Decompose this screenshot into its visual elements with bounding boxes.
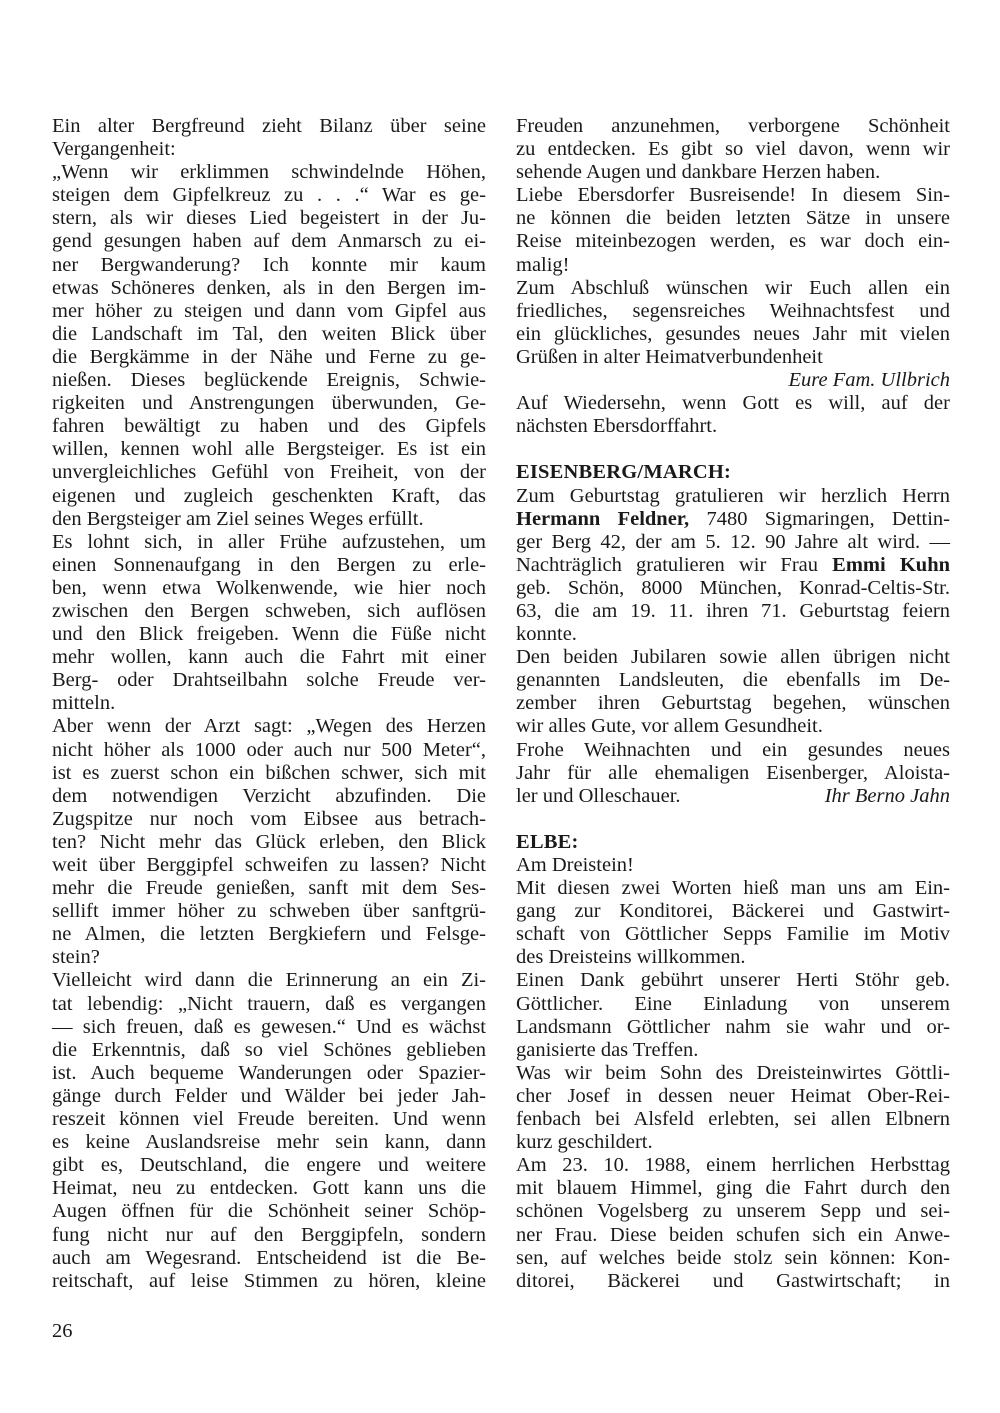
text-line: nießen. Dieses beglückende Ereignis, Sch… (52, 369, 486, 392)
text-line: Mit diesen zwei Worten hieß man uns am E… (516, 877, 950, 900)
text-line: genannten Landsleuten, die ebenfalls im … (516, 669, 950, 692)
text-line: und den Blick freigeben. Wenn die Füße n… (52, 623, 486, 646)
text-line: Frohe Weihnachten und ein gesundes neues (516, 739, 950, 762)
text-line: friedliches, segensreiches Weihnachtsfes… (516, 300, 950, 323)
section-spacer (516, 438, 950, 461)
text-line: wir alles Gute, vor allem Gesundheit. (516, 715, 950, 738)
text-line: sellift immer höher zu schweben über san… (52, 900, 486, 923)
section-eisenberg-march: EISENBERG/MARCH: Zum Geburtstag gratulie… (516, 461, 950, 807)
text-line: Vielleicht wird dann die Erinnerung an e… (52, 969, 486, 992)
text-line: ten? Nicht mehr das Glück erleben, den B… (52, 831, 486, 854)
text-line: 63, die am 19. 11. ihren 71. Geburtstag … (516, 600, 950, 623)
text-line: zu entdecken. Es gibt so viel davon, wen… (516, 138, 950, 161)
text-line: die Landschaft im Tal, den weiten Blick … (52, 323, 486, 346)
text-line: weit über Berggipfel schweifen zu lassen… (52, 854, 486, 877)
text-line: Einen Dank gebührt unserer Herti Stöhr g… (516, 969, 950, 992)
right-column: Freuden anzunehmen, verborgene Schönheit… (516, 115, 950, 1293)
text-line: Aber wenn der Arzt sagt: „Wegen des Herz… (52, 715, 486, 738)
paragraph-closing: Zum Abschluß wünschen wir Euch allen ein… (516, 277, 950, 392)
text-line: Liebe Ebersdorfer Busreisende! In diesem… (516, 184, 950, 207)
text-line: reitschaft, auf leise Stimmen zu hören, … (52, 1270, 486, 1293)
text-fragment: ler und Olleschauer. (516, 785, 681, 808)
text-line: steigen dem Gipfelkreuz zu . . .“ War es… (52, 184, 486, 207)
text-line: Augen öffnen für die Schönheit seiner Sc… (52, 1200, 486, 1223)
text-line: nächsten Ebersdorffahrt. (516, 415, 950, 438)
text-line: Zugspitze nur noch vom Eibsee aus betrac… (52, 808, 486, 831)
text-line: Reise miteinbezogen werden, es war doch … (516, 230, 950, 253)
text-line: fenbach bei Alsfeld erlebten, sei allen … (516, 1108, 950, 1131)
text-line: Den beiden Jubilaren sowie allen übrigen… (516, 646, 950, 669)
text-line: Landsmann Göttlicher nahm sie wahr und o… (516, 1016, 950, 1039)
text-line: mehr die Freude genießen, sanft mit dem … (52, 877, 486, 900)
text-line: gibt es, Deutschland, die engere und wei… (52, 1154, 486, 1177)
text-line: rigkeiten und Anstrengungen überwunden, … (52, 392, 486, 415)
text-line: mehr wollen, kann auch die Fahrt mit ein… (52, 646, 486, 669)
text-line: malig! (516, 254, 950, 277)
text-line: — sich freuen, daß es gewesen.“ Und es w… (52, 1016, 486, 1039)
document-page: Ein alter Bergfreund zieht Bilanz über s… (0, 0, 1000, 1413)
text-line: konnte. (516, 623, 950, 646)
text-line: Es lohnt sich, in aller Frühe aufzustehe… (52, 531, 486, 554)
section-heading: ELBE: (516, 831, 950, 854)
text-line: fung nicht nur auf den Berggipfeln, sond… (52, 1224, 486, 1247)
text-line: Grüßen in alter Heimatverbundenheit (516, 346, 950, 369)
text-line: zwischen den Bergen schweben, sich auflö… (52, 600, 486, 623)
text-line: cher Josef in dessen neuer Heimat Ober-R… (516, 1085, 950, 1108)
text-line: ne Almen, die letzten Bergkiefern und Fe… (52, 923, 486, 946)
text-line: fahren bewältigt zu haben und des Gipfel… (52, 415, 486, 438)
text-line: ler und Olleschauer. Ihr Berno Jahn (516, 785, 950, 808)
text-line: es keine Auslandsreise mehr sein kann, d… (52, 1131, 486, 1154)
text-line: gänge durch Felder und Wälder bei jeder … (52, 1085, 486, 1108)
paragraph-song: „Wenn wir erklimmen schwindelnde Höhen, … (52, 161, 486, 531)
text-line: stein? (52, 946, 486, 969)
paragraph-memory: Vielleicht wird dann die Erinnerung an e… (52, 969, 486, 1292)
text-line: die Bergkämme in der Nähe und Ferne zu g… (52, 346, 486, 369)
text-line: auch am Wegesrand. Entscheidend ist die … (52, 1247, 486, 1270)
text-line: zember ihren Geburtstag begehen, wünsche… (516, 692, 950, 715)
text-line: Freuden anzunehmen, verborgene Schönheit (516, 115, 950, 138)
text-line: schaft von Göttlicher Sepps Familie im M… (516, 923, 950, 946)
section-subtitle: Am Dreistein! (516, 854, 950, 877)
text-line: ger Berg 42, der am 5. 12. 90 Jahre alt … (516, 531, 950, 554)
text-line: Hermann Feldner, 7480 Sigmaringen, Detti… (516, 508, 950, 531)
paragraph-doctor: Aber wenn der Arzt sagt: „Wegen des Herz… (52, 715, 486, 969)
text-line: ner Bergwanderung? Ich konnte mir kaum (52, 254, 486, 277)
paragraph-bus-travelers: Liebe Ebersdorfer Busreisende! In diesem… (516, 184, 950, 276)
text-line: Jahr für alle ehemaligen Eisenberger, Al… (516, 762, 950, 785)
signature-ullbrich: Eure Fam. Ullbrich (516, 369, 950, 392)
text-line: Vergangenheit: (52, 138, 486, 161)
text-line: nicht höher als 1000 oder auch nur 500 M… (52, 739, 486, 762)
text-line: Heimat, neu zu entdecken. Gott kann uns … (52, 1177, 486, 1200)
text-line: Am 23. 10. 1988, einem herrlichen Herbst… (516, 1154, 950, 1177)
text-line: reszeit können viel Freude bereiten. Und… (52, 1108, 486, 1131)
section-spacer (516, 808, 950, 831)
text-line: Göttlicher. Eine Einladung von unserem (516, 993, 950, 1016)
text-line: Auf Wiedersehn, wenn Gott es will, auf d… (516, 392, 950, 415)
left-column: Ein alter Bergfreund zieht Bilanz über s… (52, 115, 486, 1293)
text-line: Ein alter Bergfreund zieht Bilanz über s… (52, 115, 486, 138)
text-line: den Bergsteiger am Ziel seines Weges erf… (52, 508, 486, 531)
signature-berno-jahn: Ihr Berno Jahn (825, 785, 950, 808)
text-line: des Dreisteins willkommen. (516, 946, 950, 969)
text-line: gang zur Konditorei, Bäckerei und Gastwi… (516, 900, 950, 923)
section-heading: EISENBERG/MARCH: (516, 461, 950, 484)
text-line: mitteln. (52, 692, 486, 715)
text-line: gend gesungen haben auf dem Anmarsch zu … (52, 230, 486, 253)
text-line: stern, als wir dieses Lied begeistert in… (52, 207, 486, 230)
text-line: Zum Geburtstag gratulieren wir herzlich … (516, 485, 950, 508)
text-line: einen Sonnenaufgang in den Bergen zu erl… (52, 554, 486, 577)
text-line: schönen Vogelsberg zu unserem Sepp und s… (516, 1200, 950, 1223)
text-line: etwas Schöneres denken, als in den Berge… (52, 277, 486, 300)
text-line: ist. Auch bequeme Wanderungen oder Spazi… (52, 1062, 486, 1085)
text-line: sen, auf welches beide stolz sein können… (516, 1247, 950, 1270)
text-line: „Wenn wir erklimmen schwindelnde Höhen, (52, 161, 486, 184)
text-line: ner Frau. Diese beiden schufen sich ein … (516, 1224, 950, 1247)
text-fragment: 7480 Sigmaringen, Dettin- (689, 508, 950, 530)
text-fragment: Nachträglich gratulieren wir Frau (516, 554, 832, 576)
text-line: ganisierte das Treffen. (516, 1039, 950, 1062)
paragraph-farewell: Auf Wiedersehn, wenn Gott es will, auf d… (516, 392, 950, 438)
text-line: die Erkenntnis, daß so viel Schönes gebl… (52, 1039, 486, 1062)
paragraph-sunrise: Es lohnt sich, in aller Frühe aufzustehe… (52, 531, 486, 716)
text-line: Zum Abschluß wünschen wir Euch allen ein (516, 277, 950, 300)
text-line: unvergleichliches Gefühl von Freiheit, v… (52, 461, 486, 484)
text-line: Berg- oder Drahtseilbahn solche Freude v… (52, 669, 486, 692)
text-line: Was wir beim Sohn des Dreisteinwirtes Gö… (516, 1062, 950, 1085)
text-line: ein glückliches, gesundes neues Jahr mit… (516, 323, 950, 346)
paragraph-intro: Ein alter Bergfreund zieht Bilanz über s… (52, 115, 486, 161)
text-line: willen, kennen wohl alle Bergsteiger. Es… (52, 438, 486, 461)
page-number: 26 (52, 1320, 73, 1343)
text-line: mit blauem Himmel, ging die Fahrt durch … (516, 1177, 950, 1200)
text-line: ditorei, Bäckerei und Gastwirtschaft; in (516, 1270, 950, 1293)
text-line: dem notwendigen Verzicht abzufinden. Die (52, 785, 486, 808)
person-name: Emmi Kuhn (832, 554, 950, 576)
text-line: mer höher zu steigen und dann vom Gipfel… (52, 300, 486, 323)
text-line: ist es zuerst schon ein bißchen schwer, … (52, 762, 486, 785)
text-line: geb. Schön, 8000 München, Konrad-Celtis-… (516, 577, 950, 600)
text-line: ben, wenn etwa Wolkenwende, wie hier noc… (52, 577, 486, 600)
text-line: eigenen und zugleich geschenkten Kraft, … (52, 485, 486, 508)
text-line: tat lebendig: „Nicht trauern, daß es ver… (52, 993, 486, 1016)
person-name: Hermann Feldner, (516, 508, 689, 530)
text-line: kurz geschildert. (516, 1131, 950, 1154)
text-line: sehende Augen und dankbare Herzen haben. (516, 161, 950, 184)
text-line: ne können die beiden letzten Sätze in un… (516, 207, 950, 230)
paragraph-continuation: Freuden anzunehmen, verborgene Schönheit… (516, 115, 950, 184)
text-line: Nachträglich gratulieren wir Frau Emmi K… (516, 554, 950, 577)
section-elbe: ELBE: Am Dreistein! Mit diesen zwei Wort… (516, 831, 950, 1293)
